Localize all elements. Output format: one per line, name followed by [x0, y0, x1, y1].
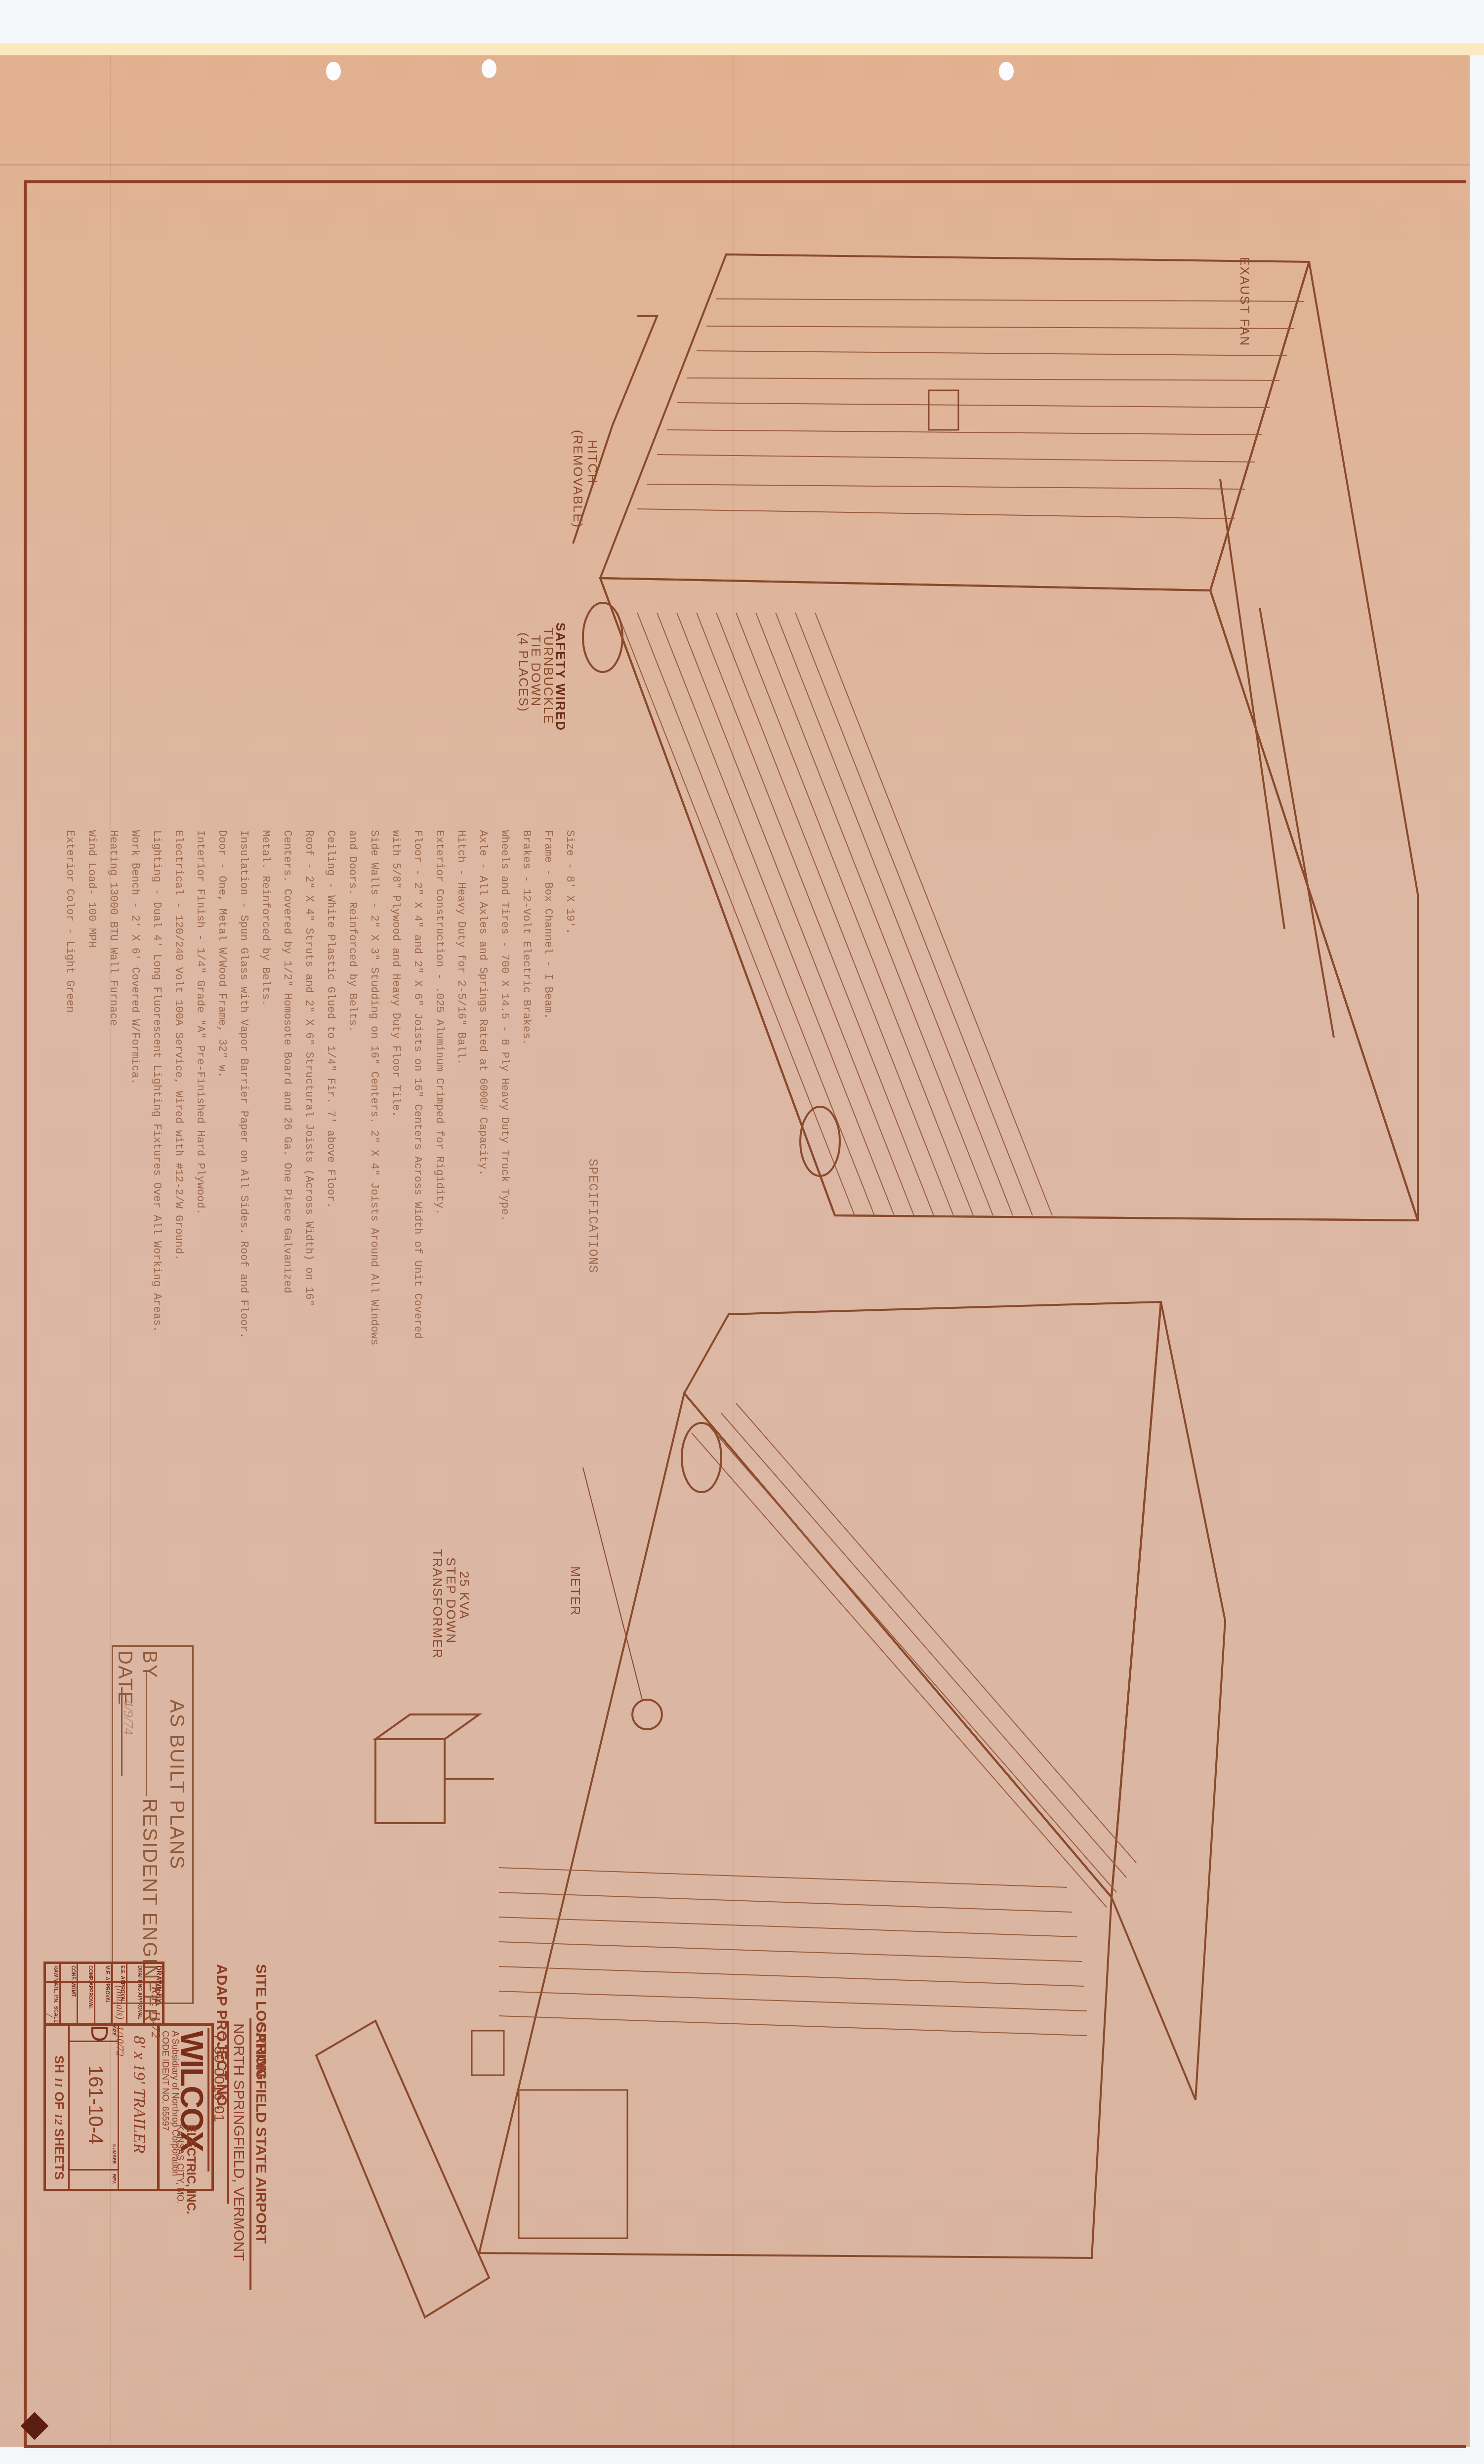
- trailer-rear-view: [573, 254, 1418, 1220]
- sheet-count: SH 11 OF 12 SHEETS: [51, 2055, 67, 2180]
- meter-callout: METER: [568, 1566, 583, 1616]
- drafting-approval-label: DRAFTING APPROVAL: [137, 1965, 142, 2019]
- spec-item: Interior Finish - 1/4" Grade "A" Pre-Fin…: [189, 830, 211, 1345]
- scale-value: /: [42, 2013, 55, 2017]
- code-ident: CODE IDENT NO. 65597: [160, 2031, 170, 2131]
- hitch-callout: HITCH: [585, 440, 600, 484]
- grid-line: [126, 1962, 127, 2026]
- spec-item: Roof - 2" X 4" Struts and 2" X 6" Struct…: [298, 830, 320, 1345]
- site-location-value: SPRINGFIELD STATE AIRPORT: [252, 2023, 269, 2244]
- spec-item: Exterior Color - Light Green: [59, 830, 81, 1345]
- spec-item: Door - One, Metal W/Wood Frame, 32" w.: [211, 830, 233, 1345]
- spec-item: Centers. Covered by 1/2" Homosote Board …: [276, 830, 298, 1345]
- grid-line: [68, 2169, 118, 2171]
- grid-line: [118, 2023, 119, 2191]
- spec-item: Exterior Construction - .025 Aluminum Cr…: [428, 830, 450, 1345]
- specifications-title: SPECIFICATIONS: [585, 1159, 600, 1273]
- spec-item: Heating 13000 BTU Wall Furnace: [102, 830, 124, 1345]
- spec-item: Electrical - 120/240 Volt 100A Service, …: [167, 830, 189, 1345]
- spec-item: Size - 8' X 19'.: [559, 830, 580, 1345]
- sheet-of: OF: [52, 2091, 67, 2109]
- company-parent: A Subsidiary of Northrop Corporation: [170, 2031, 180, 2176]
- places-callout: (4 PLACES): [516, 632, 531, 712]
- me-approval-label: M.E. APPROVAL: [104, 1965, 110, 2004]
- spec-item: and Doors. Reinforced by Belts.: [341, 830, 363, 1345]
- drawing-number: 161-10-4: [84, 2065, 106, 2144]
- spec-item: Frame - Box Channel - I Beam.: [537, 830, 559, 1345]
- site-location-line2: NORTH SPRINGFIELD, VERMONT: [230, 2023, 247, 2261]
- sheet-number: 11: [52, 2077, 65, 2088]
- raw-matl-label: RAW MATL. P.N.: [53, 1965, 58, 2004]
- grid-line: [59, 1962, 61, 2026]
- size-value: D: [85, 2025, 113, 2041]
- sheet-total: 12: [52, 2113, 65, 2125]
- comp-approval-label: COMP. APPROVAL: [87, 1965, 93, 2009]
- as-built-by-label: BY: [138, 1650, 161, 1678]
- transformer-callout-label: TRANSFORMER: [430, 1549, 445, 1659]
- spec-item: Wheels and Tires - 700 X 14.5 - 8 Ply He…: [494, 830, 515, 1345]
- grid-line: [68, 2023, 70, 2191]
- spec-item: Ceiling - White Plastic Glued to 1/4" Fi…: [320, 830, 341, 1345]
- rev-label: REV.: [112, 2174, 117, 2184]
- as-built-title: AS BUILT PLANS: [165, 1700, 188, 1870]
- spec-item: Floor - 2" X 4" and 2" X 6" Joists on 16…: [407, 830, 428, 1345]
- grid-line: [143, 1962, 145, 2026]
- transformer-callout-stepdown: STEP DOWN: [443, 1557, 458, 1644]
- conf-mgmt-label: CONF. MGMT.: [70, 1965, 76, 1998]
- grid-line: [111, 1962, 113, 2026]
- as-built-date-value: 4/9/74: [120, 1700, 136, 1735]
- site-underline: [249, 2018, 251, 2290]
- spec-item: Work Bench - 2' X 6' Covered W/Formica.: [124, 830, 146, 1345]
- spec-item: with 5/8" Plywood and Heavy Duty Floor T…: [385, 830, 407, 1345]
- as-built-date-label: DATE: [114, 1650, 136, 1706]
- by-underline: [146, 1670, 147, 1796]
- company-suffix: ELECTRIC, INC.: [184, 2125, 198, 2214]
- trailer-front-view: [316, 1302, 1225, 2317]
- sheet-suffix: SHEETS: [52, 2129, 67, 2180]
- sheet-prefix: SH: [52, 2055, 67, 2073]
- spec-item: Wind Load- 100 MPH: [81, 830, 102, 1345]
- grid-line: [94, 1962, 95, 2026]
- spec-item: Lighting - Dual 4' Long Fluorescent Ligh…: [146, 830, 167, 1345]
- hitch-callout-sub: (REMOVABLE): [570, 430, 585, 528]
- number-label: NUMBER: [112, 2144, 117, 2164]
- specifications-list: Size - 8' X 19'. Frame - Box Channel - I…: [59, 830, 580, 1345]
- spec-item: Insulation - Spun Glass with Vapor Barri…: [233, 830, 254, 1345]
- transformer-callout-kva: 25 KVA: [456, 1571, 472, 1620]
- spec-item: Side Walls - 2" X 3" Studding on 16" Cen…: [363, 830, 385, 1345]
- spec-item: Metal. Reinforced by Belts.: [254, 830, 276, 1345]
- spec-item: Hitch - Heavy Duty for 2-5/16" Ball.: [450, 830, 472, 1345]
- exhaust-fan-callout: EXAUST FAN: [1237, 257, 1252, 346]
- spec-item: Axle - All Axles and Springs Rated at 60…: [472, 830, 494, 1345]
- grid-line: [77, 1962, 78, 2026]
- spec-item: Brakes - 12-Volt Electric Brakes.: [515, 830, 537, 1345]
